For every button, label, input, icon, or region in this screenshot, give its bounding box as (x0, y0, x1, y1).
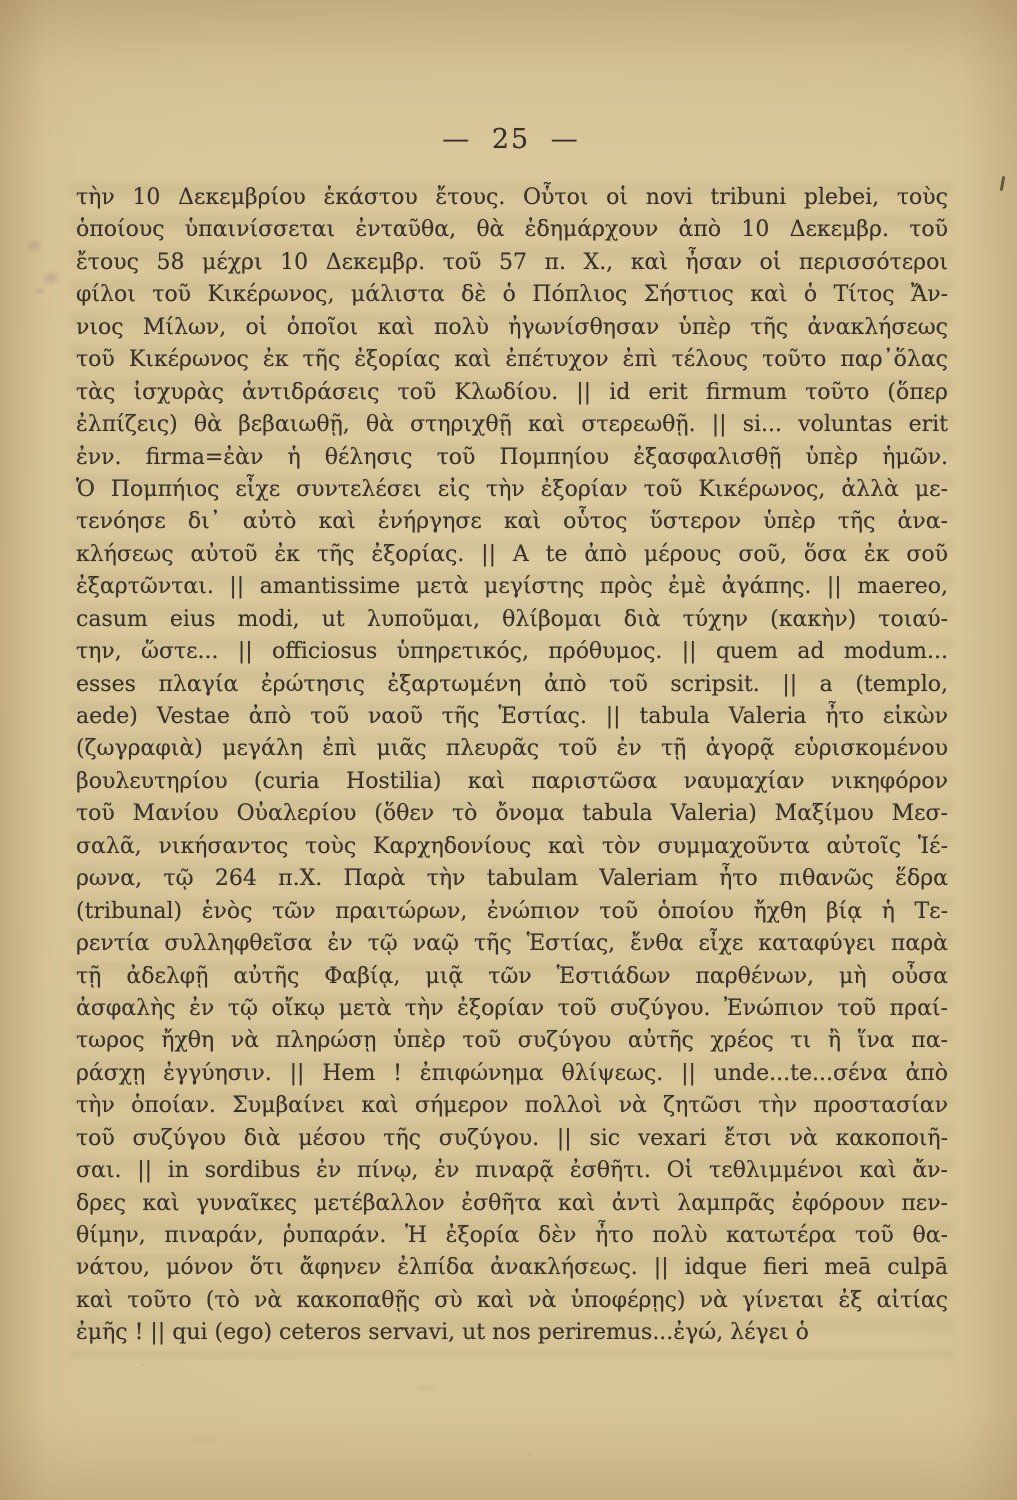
text-line: σαι. || in sordibus ἐν πίνῳ, ἐν πιναρᾷ ἐ… (76, 1155, 948, 1187)
text-line: τὴν 10 Δεκεμβρίου ἑκάστου ἔτους. Οὗτοι ο… (76, 182, 948, 214)
text-line: casum eius modi, ut λυποῦμαι, θλίβομαι δ… (76, 604, 948, 636)
text-line: ρεντία συλληφθεῖσα ἐν τῷ ναῷ τῆς Ἑστίας,… (76, 928, 948, 960)
body-text: τὴν 10 Δεκεμβρίου ἑκάστου ἔτους. Οὗτοι ο… (76, 182, 948, 1350)
text-line: σαλᾶ, νικήσαντος τοὺς Καρχηδονίους καὶ τ… (76, 831, 948, 863)
text-line: καὶ τοῦτο (τὸ νὰ κακοπαθῇς σὺ καὶ νὰ ὑπο… (76, 1285, 948, 1317)
text-line: θίμην, πιναράν, ῥυπαράν. Ἡ ἐξορία δὲν ἦτ… (76, 1220, 948, 1252)
text-line: ἐλπίζεις) θὰ βεβαιωθῇ, θὰ στηριχθῇ καὶ σ… (76, 409, 948, 441)
text-line: ἐμῆς ! || qui (ego) ceteros servavi, ut … (76, 1317, 948, 1349)
text-line: ἀσφαλὴς ἐν τῷ οἴκῳ μετὰ τὴν ἐξορίαν τοῦ … (76, 993, 948, 1025)
text-line: (tribunal) ἑνὸς τῶν πραιτώρων, ἐνώπιον τ… (76, 896, 948, 928)
ink-fleck-mark (1000, 176, 1006, 191)
text-line: τοῦ Κικέρωνος ἐκ τῆς ἐξορίας καὶ ἐπέτυχο… (76, 344, 948, 376)
text-line: ρωνα, τῷ 264 π.Χ. Παρὰ τὴν tabulam Valer… (76, 863, 948, 895)
text-line: esses πλαγία ἐρώτησις ἐξαρτωμένη ἀπὸ τοῦ… (76, 669, 948, 701)
text-line: τὴν ὁποίαν. Συμβαίνει καὶ σήμερον πολλοὶ… (76, 1090, 948, 1122)
text-line: φίλοι τοῦ Κικέρωνος, μάλιστα δὲ ὁ Πόπλιο… (76, 279, 948, 311)
text-line: δρες καὶ γυναῖκες μετέβαλλον ἐσθῆτα καὶ … (76, 1188, 948, 1220)
text-line: ὁποίους ὑπαινίσσεται ἐνταῦθα, θὰ ἐδημάρχ… (76, 214, 948, 246)
margin-smudge-mark (8, 217, 75, 306)
text-line: κλήσεως αὐτοῦ ἐκ τῆς ἐξορίας. || A te ἀπ… (76, 539, 948, 571)
text-line: aede) Vestae ἀπὸ τοῦ ναοῦ τῆς Ἑστίας. ||… (76, 701, 948, 733)
text-line: τῇ ἀδελφῇ αὐτῆς Φαβίᾳ, μιᾷ τῶν Ἑστιάδων … (76, 961, 948, 993)
text-line: την, ὥστε... || officiosus ὑπηρετικός, π… (76, 636, 948, 668)
page-number: — 25 — (74, 124, 948, 155)
text-line: νάτου, μόνον ὅτι ἄφηνεν ἐλπίδα ἀνακλήσεω… (76, 1252, 948, 1284)
text-line: νιος Μίλων, οἱ ὁποῖοι καὶ πολὺ ἠγωνίσθησ… (76, 312, 948, 344)
text-line: ἐξαρτῶνται. || amantissime μετὰ μεγίστης… (76, 571, 948, 603)
text-line: ἔτους 58 μέχρι 10 Δεκεμβρ. τοῦ 57 π. Χ.,… (76, 247, 948, 279)
text-line: τὰς ἰσχυρὰς ἀντιδράσεις τοῦ Κλωδίου. || … (76, 377, 948, 409)
text-line: τοῦ Μανίου Οὐαλερίου (ὅθεν τὸ ὄνομα tabu… (76, 798, 948, 830)
scanned-book-page: — 25 — τὴν 10 Δεκεμβρίου ἑκάστου ἔτους. … (0, 0, 1017, 1500)
text-line: Ὁ Πομπήιος εἶχε συντελέσει εἰς τὴν ἐξορί… (76, 474, 948, 506)
text-line: τενόησε δι᾽ αὐτὸ καὶ ἐνήργησε καὶ οὗτος … (76, 506, 948, 538)
text-line: (ζωγραφιὰ) μεγάλη ἐπὶ μιᾶς πλευρᾶς τοῦ ἐ… (76, 733, 948, 765)
text-line: βουλευτηρίου (curia Hostilia) καὶ παριστ… (76, 766, 948, 798)
text-line: ράσχῃ ἐγγύησιν. || Hem ! ἐπιφώνημα θλίψε… (76, 1058, 948, 1090)
text-line: τοῦ συζύγου διὰ μέσου τῆς συζύγου. || si… (76, 1123, 948, 1155)
text-line: τωρος ἤχθη νὰ πληρώσῃ ὑπὲρ τοῦ συζύγου α… (76, 1025, 948, 1057)
text-line: ἐνν. firma=ἐὰν ἡ θέλησις τοῦ Πομπηίου ἐξ… (76, 442, 948, 474)
